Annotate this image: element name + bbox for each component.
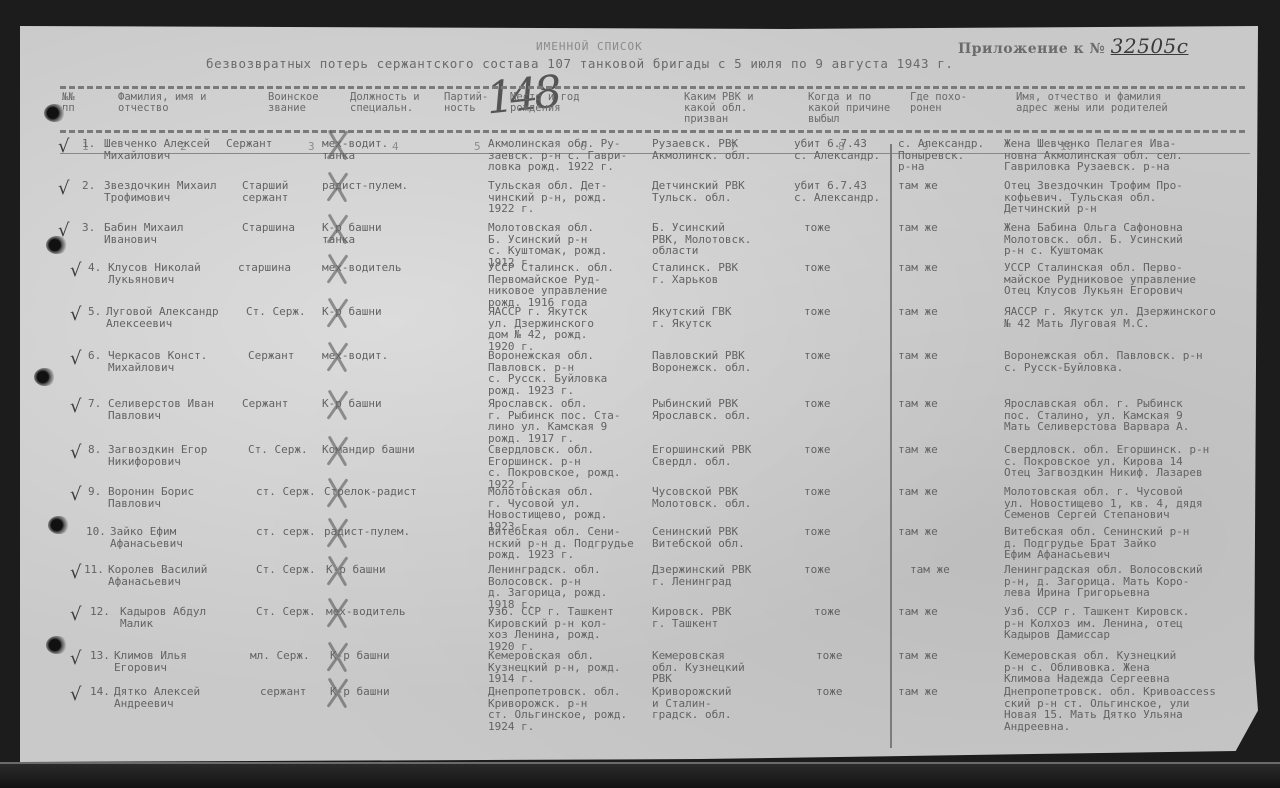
row-no: 11. xyxy=(84,564,104,576)
table-header: №№ пп Фамилия, имя и отчество Воинское з… xyxy=(60,92,1250,132)
col-header-when: Когда и по какой причине выбыл xyxy=(808,92,890,125)
checkmark-icon: √ xyxy=(70,260,81,281)
row-no: 14. xyxy=(90,686,110,698)
row-position: К-р башни танка xyxy=(322,222,382,245)
col-header-position: Должность и специальн. xyxy=(350,92,420,114)
row-relative: УССР Сталинская обл. Перво- майское Рудн… xyxy=(1004,262,1196,297)
column-divider xyxy=(890,144,892,748)
row-no: 12. xyxy=(90,606,110,618)
header-top-rule xyxy=(60,86,1245,89)
row-birth: ЯАССР г. Якутск ул. Дзержинского дом № 4… xyxy=(488,306,594,352)
row-relative: ЯАССР г. Якутск ул. Дзержинского № 42 Ма… xyxy=(1004,306,1216,329)
row-relative: Кемеровская обл. Кузнецкий р-н с. Обливо… xyxy=(1004,650,1176,685)
col-header-buried: Где похо- ронен xyxy=(910,92,967,114)
row-name: Луговой Александр Алексеевич xyxy=(106,306,219,329)
checkmark-icon: √ xyxy=(70,348,81,369)
row-name: Воронин Борис Павлович xyxy=(108,486,194,509)
row-when: тоже xyxy=(816,650,843,662)
row-relative: Жена Бабина Ольга Сафоновна Молотовск. о… xyxy=(1004,222,1183,257)
row-rvk: Рыбинский РВК Ярославск. обл. xyxy=(652,398,751,421)
row-rank: Сержант xyxy=(248,350,294,362)
col-header-rank: Воинское звание xyxy=(268,92,319,114)
row-birth: Кемеровская обл. Кузнецкий р-н, рожд. 19… xyxy=(488,650,620,685)
appendix-stamp: Приложение к № 32505с xyxy=(958,34,1188,58)
row-position: К-р башни xyxy=(322,398,382,410)
row-buried: там же xyxy=(898,526,938,538)
row-no: 6. xyxy=(88,350,101,362)
col-header-birth: Место и год рождения xyxy=(510,92,580,114)
row-no: 9. xyxy=(88,486,101,498)
row-when: тоже xyxy=(804,262,831,274)
punch-hole-icon xyxy=(46,236,68,254)
row-position: мех-водит. xyxy=(322,350,388,362)
row-no: 8. xyxy=(88,444,101,456)
checkmark-icon: √ xyxy=(58,136,69,157)
row-rvk: Детчинский РВК Тульск. обл. xyxy=(652,180,745,203)
punch-hole-icon xyxy=(34,368,56,386)
row-position: К-р башни xyxy=(322,306,382,318)
punch-hole-icon xyxy=(44,104,66,122)
row-position: радист-пулем. xyxy=(322,180,408,192)
row-buried: там же xyxy=(898,444,938,456)
checkmark-icon: √ xyxy=(70,684,81,705)
row-name: Шевченко Алексей Михайлович xyxy=(104,138,210,161)
row-position: мех-водитель xyxy=(322,262,401,274)
row-name: Зайко Ефим Афанасьевич xyxy=(110,526,183,549)
row-relative: Витебская обл. Сенинский р-н д. Подгрудь… xyxy=(1004,526,1189,561)
row-name: Клусов Николай Лукьянович xyxy=(108,262,201,285)
col-header-name: Фамилия, имя и отчество xyxy=(118,92,207,114)
row-rvk: Рузаевск. РВК Акмолинск. обл. xyxy=(652,138,751,161)
scanner-bed-edge xyxy=(0,762,1280,788)
checkmark-icon: √ xyxy=(70,562,81,583)
col-header-rvk: Каким РВК и какой обл. призван xyxy=(684,92,754,125)
row-name: Кадыров Абдул Малик xyxy=(120,606,206,629)
row-rvk: Якутский ГВК г. Якутск xyxy=(652,306,731,329)
row-rank: мл. Серж. xyxy=(250,650,310,662)
row-rank: Ст. Серж. xyxy=(246,306,306,318)
row-name: Черкасов Конст. Михайлович xyxy=(108,350,207,373)
row-relative: Отец Звездочкин Трофим Про- кофьевич. Ту… xyxy=(1004,180,1183,215)
row-buried: там же xyxy=(898,650,938,662)
col-num-5: 5 xyxy=(474,140,481,153)
row-name: Селиверстов Иван Павлович xyxy=(108,398,214,421)
row-birth: Ярославск. обл. г. Рыбинск пос. Ста- лин… xyxy=(488,398,620,444)
row-birth: Свердловск. обл. Егоршинск. р-н с. Покро… xyxy=(488,444,620,490)
row-no: 7. xyxy=(88,398,101,410)
row-rvk: Кировск. РВК г. Ташкент xyxy=(652,606,731,629)
appendix-label: Приложение к № xyxy=(958,41,1105,57)
row-rank: Сержант xyxy=(226,138,272,150)
checkmark-icon: √ xyxy=(70,442,81,463)
col-num-3: 3 xyxy=(308,140,315,153)
row-rank: Старший сержант xyxy=(242,180,288,203)
row-rvk: Сенинский РВК Витебской обл. xyxy=(652,526,745,549)
row-position: радист-пулем. xyxy=(324,526,410,538)
row-buried: там же xyxy=(898,606,938,618)
row-when: тоже xyxy=(804,222,831,234)
row-position: Стрелок-радист xyxy=(324,486,417,498)
row-when: убит 6.7.43 с. Александр. xyxy=(794,138,880,161)
row-buried: там же xyxy=(898,350,938,362)
row-buried: там же xyxy=(898,686,938,698)
row-rvk: Сталинск. РВК г. Харьков xyxy=(652,262,738,285)
document-sheet: ИМЕННОЙ СПИСОК Приложение к № 32505с без… xyxy=(20,26,1258,762)
row-name: Климов Илья Егорович xyxy=(114,650,187,673)
row-relative: Узб. ССР г. Ташкент Кировск. р-н Колхоз … xyxy=(1004,606,1189,641)
punch-hole-icon xyxy=(48,516,70,534)
row-rank: Сержант xyxy=(242,398,288,410)
row-relative: Жена Шевченко Пелагея Ива- новна Акмолин… xyxy=(1004,138,1183,173)
checkmark-icon: √ xyxy=(70,648,81,669)
row-birth: Узб. ССР г. Ташкент Кировский р-н кол- х… xyxy=(488,606,614,652)
row-rank: Ст. Серж. xyxy=(248,444,308,456)
row-name: Загвоздкин Егор Никифорович xyxy=(108,444,207,467)
row-when: тоже xyxy=(804,564,831,576)
row-rvk: Криворожский и Сталин- градск. обл. xyxy=(652,686,731,721)
row-relative: Ярославская обл. г. Рыбинск пос. Сталино… xyxy=(1004,398,1189,433)
row-position: К-р башни xyxy=(326,564,386,576)
row-when: тоже xyxy=(804,444,831,456)
row-buried: с. Александр. Поныревск. р-на xyxy=(898,138,984,173)
row-name: Королев Василий Афанасьевич xyxy=(108,564,207,587)
row-buried: там же xyxy=(898,262,938,274)
row-rank: Ст. Серж. xyxy=(256,606,316,618)
list-heading: ИМЕННОЙ СПИСОК xyxy=(536,40,643,53)
col-num-4: 4 xyxy=(392,140,399,153)
row-when: тоже xyxy=(816,686,843,698)
row-no: 1. xyxy=(82,138,95,150)
row-no: 10. xyxy=(86,526,106,538)
row-buried: там же xyxy=(898,306,938,318)
row-when: тоже xyxy=(804,486,831,498)
row-relative: Днепропетровск. обл. Кривоaccess ский р-… xyxy=(1004,686,1216,732)
row-rank: сержант xyxy=(260,686,306,698)
row-rank: Ст. Серж. xyxy=(256,564,316,576)
row-no: 4. xyxy=(88,262,101,274)
document-title: безвозвратных потерь сержантского состав… xyxy=(206,56,954,71)
row-birth: Витебская обл. Сени- нский р-н д. Подгру… xyxy=(488,526,634,561)
row-when: тоже xyxy=(804,350,831,362)
row-buried: там же xyxy=(898,222,938,234)
row-rank: ст. серж. xyxy=(256,526,316,538)
row-rvk: Чусовской РВК Молотовск. обл. xyxy=(652,486,751,509)
row-birth: Днепропетровск. обл. Криворожск. р-н ст.… xyxy=(488,686,627,732)
row-buried: там же xyxy=(898,180,938,192)
row-rank: старшина xyxy=(238,262,291,274)
row-rvk: Павловский РВК Воронежск. обл. xyxy=(652,350,751,373)
col-header-relative: Имя, отчество и фамилия адрес жены или р… xyxy=(1016,92,1168,114)
header-bottom-rule xyxy=(60,130,1245,133)
row-birth: Ленинградск. обл. Волосовск. р-н д. Заго… xyxy=(488,564,607,610)
row-name: Звездочкин Михаил Трофимович xyxy=(104,180,217,203)
row-birth: Тульская обл. Дет- чинский р-н, рожд. 19… xyxy=(488,180,607,215)
row-buried: там же xyxy=(910,564,950,576)
row-when: тоже xyxy=(814,606,841,618)
row-when: убит 6.7.43 с. Александр. xyxy=(794,180,880,203)
row-no: 3. xyxy=(82,222,95,234)
row-position: К-р башни xyxy=(330,650,390,662)
row-no: 5. xyxy=(88,306,101,318)
punch-hole-icon xyxy=(46,636,68,654)
row-relative: Молотовская обл. г. Чусовой ул. Новостищ… xyxy=(1004,486,1203,521)
row-birth: УССР Сталинск. обл. Первомайское Руд- ни… xyxy=(488,262,614,308)
row-name: Бабин Михаил Иванович xyxy=(104,222,183,245)
row-position: мех-водит. танка xyxy=(322,138,388,161)
row-rvk: Б. Усинский РВК, Молотовск. области xyxy=(652,222,751,257)
col-header-party: Партий- ность xyxy=(444,92,488,114)
row-buried: там же xyxy=(898,398,938,410)
row-relative: Воронежская обл. Павловск. р-н с. Русск-… xyxy=(1004,350,1203,373)
row-when: тоже xyxy=(804,398,831,410)
row-relative: Свердловск. обл. Егоршинск. р-н с. Покро… xyxy=(1004,444,1209,479)
checkmark-icon: √ xyxy=(70,604,81,625)
row-rank: Старшина xyxy=(242,222,295,234)
checkmark-icon: √ xyxy=(70,396,81,417)
row-name: Дятко Алексей Андреевич xyxy=(114,686,200,709)
row-birth: Акмолинская обл. Ру- заевск. р-н с. Гавр… xyxy=(488,138,627,173)
row-rvk: Егоршинский РВК Свердл. обл. xyxy=(652,444,751,467)
row-buried: там же xyxy=(898,486,938,498)
checkmark-icon: √ xyxy=(58,178,69,199)
row-relative: Ленинградская обл. Волосовский р-н, д. З… xyxy=(1004,564,1203,599)
checkmark-icon: √ xyxy=(70,304,81,325)
row-rvk: Кемеровская обл. Кузнецкий РВК xyxy=(652,650,745,685)
row-when: тоже xyxy=(804,306,831,318)
appendix-number: 32505с xyxy=(1111,34,1189,58)
row-position: Командир башни xyxy=(322,444,415,456)
checkmark-icon: √ xyxy=(70,484,81,505)
row-position: мех-водитель xyxy=(326,606,405,618)
row-no: 2. xyxy=(82,180,95,192)
row-rank: ст. Серж. xyxy=(256,486,316,498)
row-birth: Воронежская обл. Павловск. р-н с. Русск.… xyxy=(488,350,607,396)
row-rvk: Дзержинский РВК г. Ленинград xyxy=(652,564,751,587)
row-no: 13. xyxy=(90,650,110,662)
row-when: тоже xyxy=(804,526,831,538)
row-position: К-р башни xyxy=(330,686,390,698)
